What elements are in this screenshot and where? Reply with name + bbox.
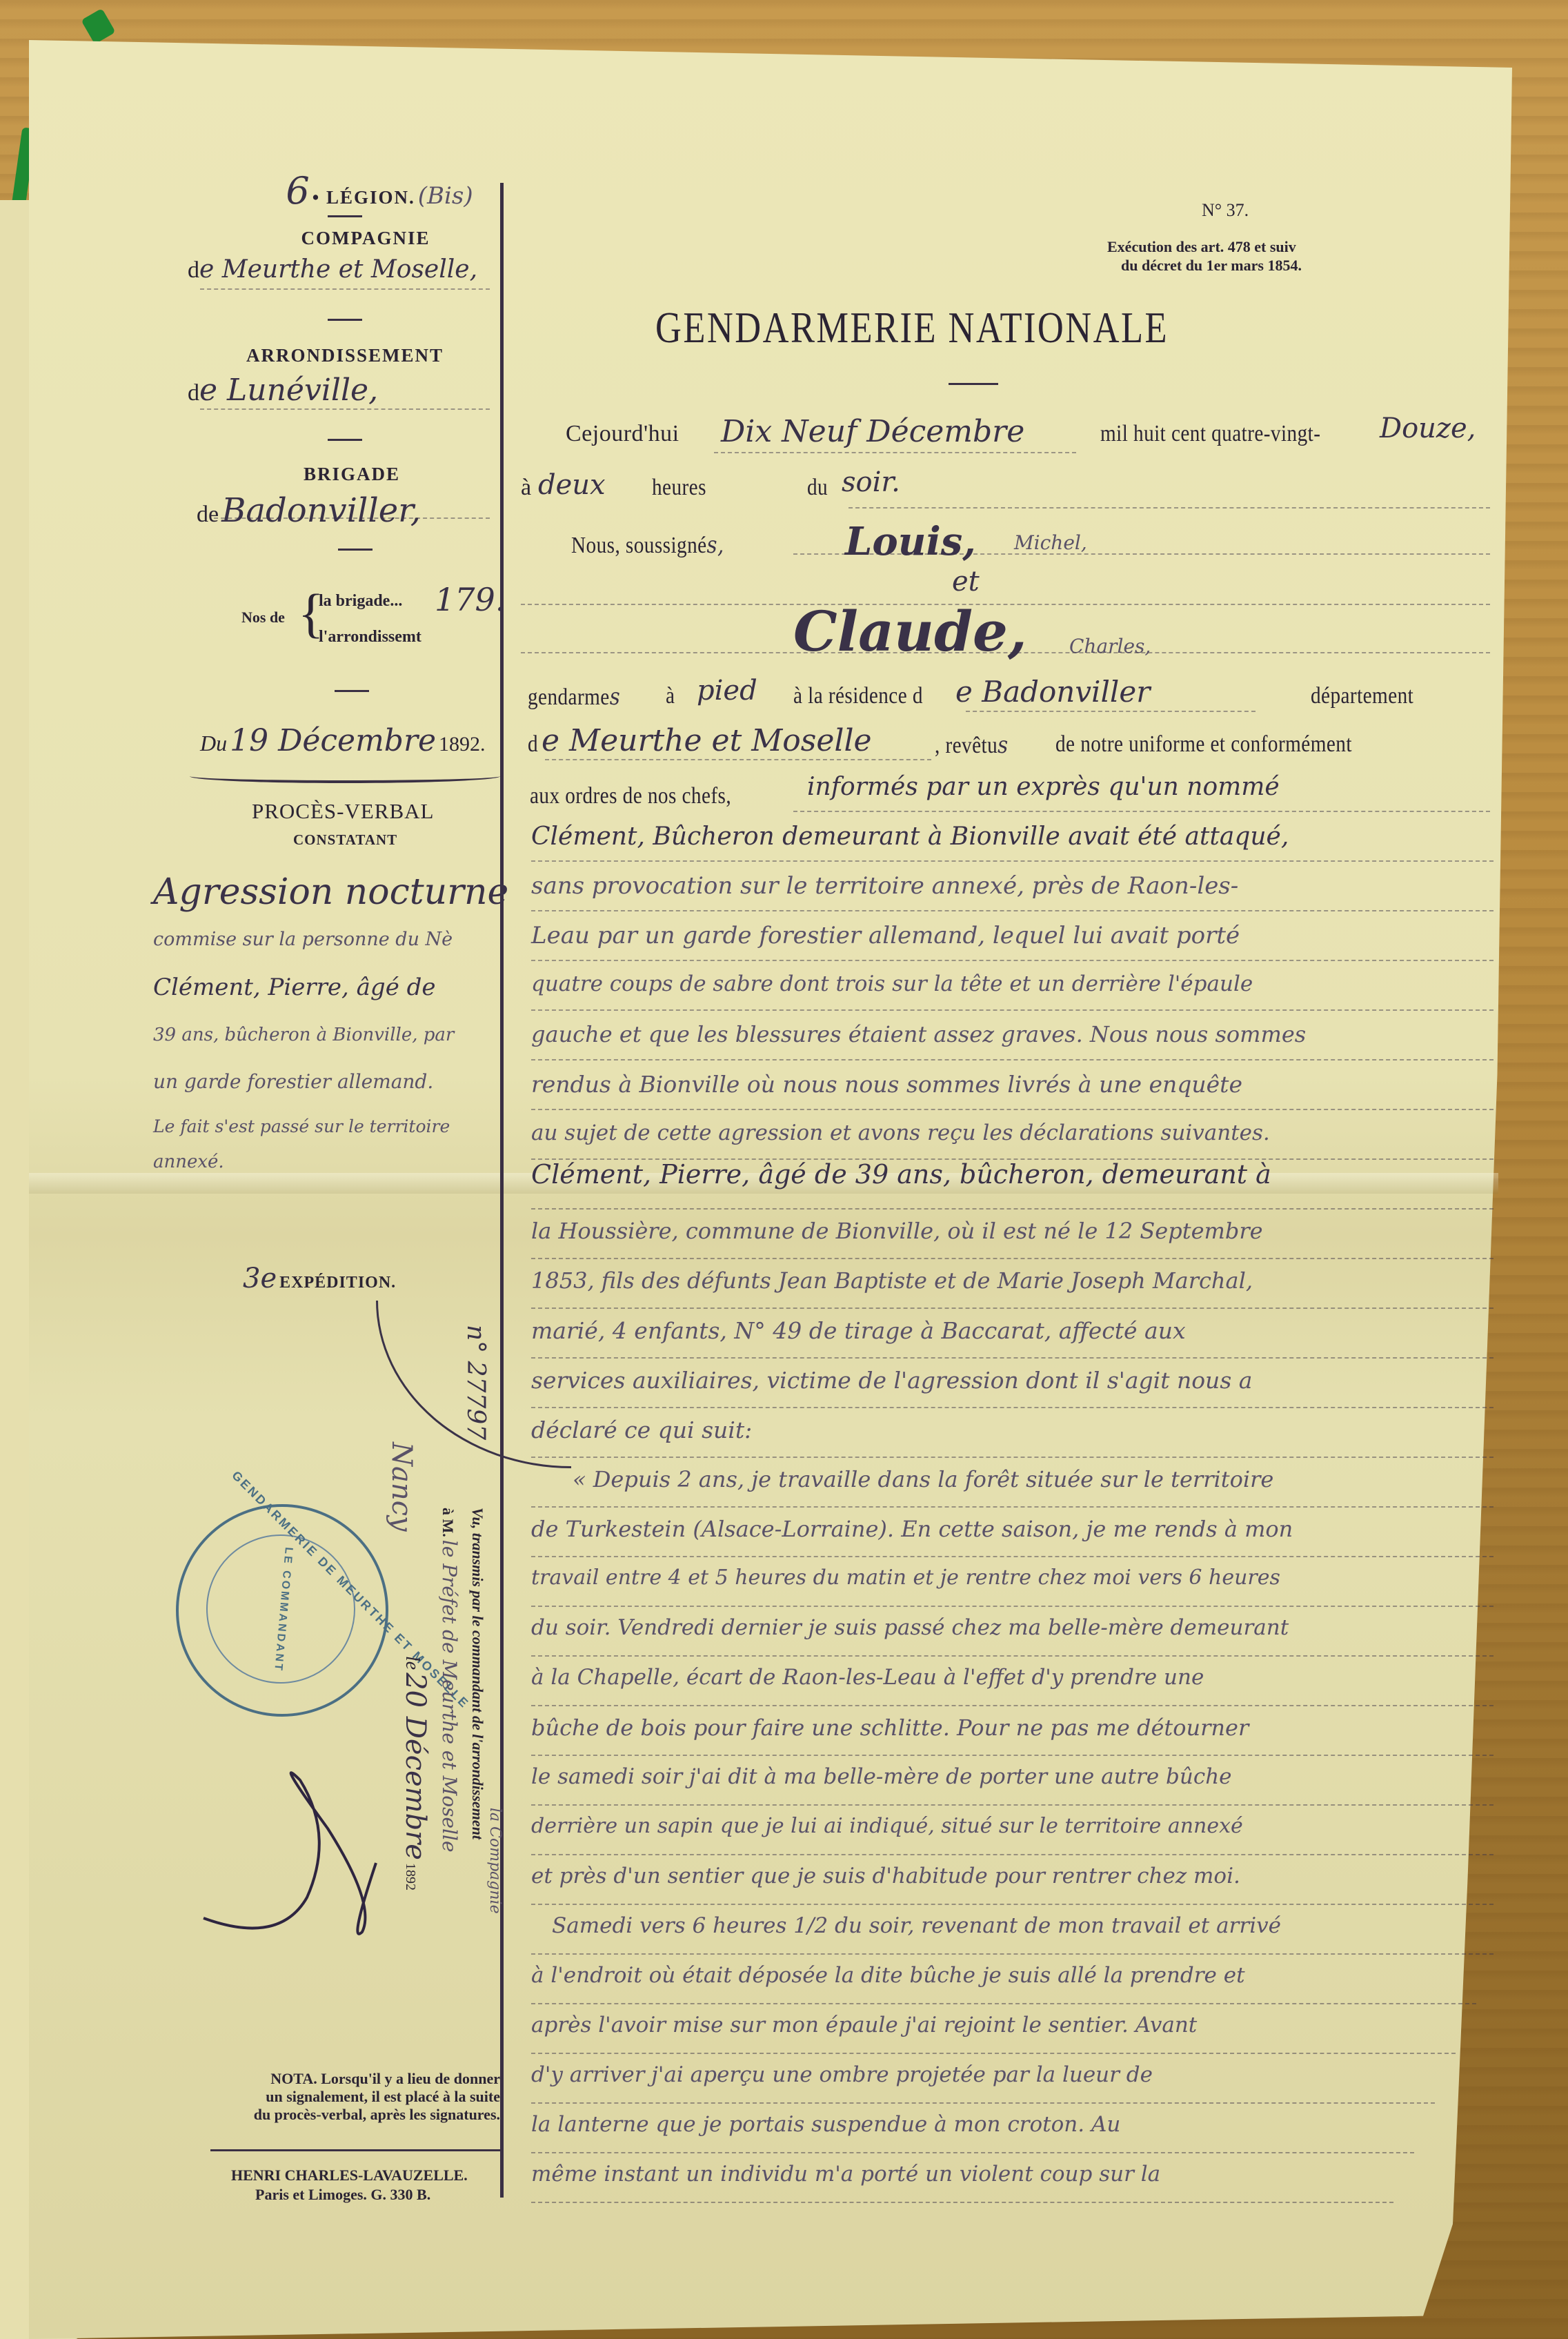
signer-and: et [952,566,980,598]
nota-text-2: du procès-verbal, après les signatures. [254,2106,500,2123]
narrative-line: informés par un exprès qu'un nommé [807,773,1280,801]
narrative-line: marié, 4 enfants, N° 49 de tirage à Bacc… [531,1317,1186,1344]
arrondissement-prefix: d [188,380,199,406]
hour-prefix: à [521,475,532,500]
gendarmerie-stamp: GENDARMERIE DE MEURTHE ET MOSELLE LE COM… [176,1504,388,1717]
registry-number: n° 27797 [462,1325,490,1440]
nota-divider [210,2149,500,2151]
residence-value: e Badonviller [955,675,1150,709]
ruled-line [531,1357,1493,1359]
transmission-date-prefix: le [401,1656,423,1670]
narrative-line: au sujet de cette agression et avons reç… [531,1121,1270,1145]
ruled-line [531,1059,1493,1060]
signer-2-firstname: Charles, [1069,635,1151,658]
legion-block: 6 • LÉGION. (Bis) [262,169,497,213]
mode-value: pied [697,675,757,707]
brigade-label: BRIGADE [262,464,441,485]
ruled-line [531,1904,1493,1905]
brigade-rule [214,517,490,519]
transmission-line-1: Vu, transmis par le commandant de l'arro… [468,1508,486,1839]
arrondissement-field: de Lunéville, [188,373,491,408]
date-value: Dix Neuf Décembre [721,414,1024,449]
signer-1-rule [793,553,1490,555]
residence-rule [966,711,1256,712]
revetu-label: , revêtus [935,731,1009,759]
narrative-line: de Turkestein (Alsace-Lorraine). En cett… [531,1516,1293,1542]
revetu-suffix: s [998,731,1008,759]
execution-line-1: Exécution des art. 478 et suiv [1107,238,1296,256]
narrative-line: Clément, Bûcheron demeurant à Bionville … [531,822,1289,851]
narrative-line: travail entre 4 et 5 heures du matin et … [531,1566,1280,1590]
gendarme-label: gendarmes [528,683,620,711]
du-value: soir. [842,466,900,498]
a-label: à [666,683,675,709]
ruled-line [531,1755,1493,1756]
ruled-line [531,1258,1493,1259]
narrative-line: 1853, fils des défunts Jean Baptiste et … [531,1267,1253,1294]
year-value: Douze, [1380,413,1476,444]
ruled-line [531,1407,1493,1408]
date-year: 1892. [439,733,486,756]
narrative-line: après l'avoir mise sur mon épaule j'ai r… [531,2013,1197,2037]
title-underline [949,383,998,385]
transmission-hand: la Compagnie [486,1808,504,1914]
cejourdhui-label: Cejourd'hui [566,421,679,446]
date-prefix: Du [200,731,227,756]
expedition-label: EXPÉDITION. [279,1274,396,1292]
ruled-line [531,1457,1493,1458]
narrative-line: Samedi vers 6 heures 1/2 du soir, revena… [552,1913,1281,1938]
narrative-line: Leau par un garde forestier allemand, le… [531,922,1240,949]
date-field: Du 19 Décembre 1892. [200,723,504,758]
narrative-line: d'y arriver j'ai aperçu une ombre projet… [531,2062,1153,2087]
ruled-line [531,1506,1493,1508]
numbers-arrondissement-label: l'arrondissemt [319,628,421,647]
ruled-line [531,1556,1493,1557]
narrative-line: le samedi soir j'ai dit à ma belle-mère … [531,1764,1232,1789]
narrative-line: sans provocation sur le territoire annex… [531,872,1238,900]
commander-signature [197,1725,404,1953]
date-rule [714,452,1076,453]
legion-label: • LÉGION. [312,187,415,208]
narrative-line: bûche de bois pour faire une schlitte. P… [531,1715,1249,1741]
narrative-line: même instant un individu m'a porté un vi… [531,2162,1160,2187]
brigade-field: de Badonviller, [197,491,493,530]
revetu-text: , revêtu [935,733,998,758]
ruled-line [531,910,1493,911]
ruled-line [793,811,1490,812]
compagnie-prefix: d [188,257,199,283]
signer-2-rule [521,652,1490,653]
ruled-line [531,2003,1476,2004]
ruled-line [531,960,1493,961]
nota-text-1: un signalement, il est placé à la suite [266,2088,500,2105]
nous-suffix: s, [707,531,724,559]
narrative-line: quatre coups de sabre dont trois sur la … [531,971,1253,996]
compagnie-field: de Meurthe et Moselle, [188,255,491,284]
printer-place: Paris et Limoges. G. 330 B. [255,2186,430,2204]
page-title: GENDARMERIE NATIONALE [655,302,1169,353]
summary-line: Le fait s'est passé sur le territoire [153,1105,505,1148]
numbers-label: Nos de [241,609,285,626]
date-line: Cejourd'hui [566,421,1497,447]
narrative-line: la Houssière, commune de Bionville, où i… [531,1218,1263,1244]
ruled-line [531,1109,1493,1110]
separator [328,439,362,441]
ruled-line [531,1804,1493,1806]
date-value: 19 Décembre [230,723,436,758]
nous-label: Nous, soussignés, [571,531,724,559]
narrative-line: services auxiliaires, victime de l'agres… [531,1367,1252,1394]
summary-line: Clément, Pierre, âgé de [153,963,505,1011]
brigade-value: Badonviller, [221,491,421,530]
compagnie-rule [200,288,490,290]
narrative-line: du soir. Vendredi dernier je suis passé … [531,1615,1289,1640]
year-label: mil huit cent quatre-vingt- [1100,421,1320,447]
legion-number: 6 [286,169,309,213]
ruled-line [531,2152,1414,2153]
ruled-line [531,1606,1493,1607]
expedition-number: 3e [243,1263,277,1294]
transmission-recipient: le Préfet de Meurthe et Moselle [438,1540,461,1853]
arrondissement-rule [200,408,490,410]
summary-line: 39 ans, bûcheron à Bionville, par [153,1011,505,1058]
nota-text-0: Lorsqu'il y a lieu de donner [321,2070,500,2087]
gendarme-suffix: s [610,683,620,711]
narrative-line: déclaré ce qui suit: [531,1417,752,1443]
ornamental-swash [190,769,500,783]
separator [328,319,362,321]
ruled-line [531,2053,1456,2054]
constatant-label: CONSTATANT [293,831,397,849]
separator [328,215,362,217]
ruled-line [531,1009,1493,1011]
narrative-line: à la Chapelle, écart de Raon-les-Leau à … [531,1665,1204,1690]
nota-block: NOTA. Lorsqu'il y a lieu de donner un si… [210,2070,500,2124]
brigade-prefix: de [197,502,219,527]
transmission-date: le 20 Décembre 1892 [399,1656,431,1891]
ruled-line [531,1705,1493,1706]
hours-label: heures [652,475,706,501]
dept-rule [545,759,931,760]
summary-line: annexé. [153,1148,505,1176]
form-number: N° 37. [1202,200,1249,221]
legion-annotation: (Bis) [418,182,473,210]
signer-1-firstname: Michel, [1014,531,1087,554]
separator [338,549,373,551]
signature-scribble-icon [197,1725,404,1953]
ruled-line [531,1953,1493,1955]
hour-value: deux [538,469,606,501]
numbers-brigade-value: 179. [435,581,505,618]
gendarme-text: gendarme [528,684,610,710]
transmission-date-value: 20 Décembre [399,1672,431,1860]
ruled-line [531,2202,1393,2203]
ruled-line [531,1307,1493,1309]
registry-place: Nancy [386,1442,417,1532]
signer-1-name: Louis, [845,519,976,564]
transmission-prefix: à M. [439,1508,457,1537]
ruled-line [531,860,1493,862]
separator [335,690,369,692]
arrondissement-label: ARRONDISSEMENT [228,345,462,366]
printer-name: HENRI CHARLES-LAVAUZELLE. [231,2167,468,2184]
ruled-line [531,1158,1493,1160]
ruled-line [531,1854,1493,1855]
transmission-line-2: à M. le Préfet de Meurthe et Moselle [438,1508,461,1853]
narrative-line: derrière un sapin que je lui ai indiqué,… [531,1814,1243,1838]
transmission-text: Vu, transmis par le commandant de l'arro… [469,1508,486,1839]
dept-value: e Meurthe et Moselle [542,723,872,758]
dept-prefix: d [528,731,538,758]
nous-text: Nous, soussigné [571,533,707,558]
proces-verbal-label: PROCÈS-VERBAL [252,799,434,824]
narrative-line: et près d'un sentier que je suis d'habit… [531,1864,1240,1888]
narrative-line: la lanterne que je portais suspendue à m… [531,2112,1120,2137]
narrative-line: Clément, Pierre, âgé de 39 ans, bûcheron… [531,1159,1271,1190]
nota-label: NOTA. [270,2070,317,2087]
hour-rule [848,507,1490,509]
signer-2-name: Claude, [793,599,1027,664]
ordres-label: aux ordres de nos chefs, [530,783,731,809]
uniforme-label: de notre uniforme et conformément [1055,731,1352,758]
narrative-line: gauche et que les blessures étaient asse… [531,1021,1306,1047]
narrative-line: rendus à Bionville où nous nous sommes l… [531,1071,1242,1098]
compagnie-label: COMPAGNIE [262,228,469,249]
narrative-line: à l'endroit où était déposée la dite bûc… [531,1963,1245,1988]
ruled-line [531,1208,1493,1210]
transmission-year: 1892 [403,1863,418,1891]
residence-label: à la résidence d [793,683,923,709]
ruled-line [531,2102,1435,2104]
summary-line: commise sur la personne du Nè [153,916,505,963]
du-label: du [807,475,828,501]
summary-line: un garde forestier allemand. [153,1058,505,1105]
arrondissement-value: e Lunéville, [199,373,378,408]
ruled-line [531,1655,1493,1657]
compagnie-value: e Meurthe et Moselle, [199,255,477,284]
summary-line: Agression nocturne [153,868,505,916]
departement-label: département [1311,683,1413,709]
narrative-line: « Depuis 2 ans, je travaille dans la for… [573,1466,1273,1492]
execution-line-2: du décret du 1er mars 1854. [1121,257,1302,275]
expedition-block: 3e EXPÉDITION. [243,1263,396,1294]
case-summary: Agression nocturne commise sur la person… [153,868,505,1176]
numbers-brigade-label: la brigade... [319,592,402,611]
